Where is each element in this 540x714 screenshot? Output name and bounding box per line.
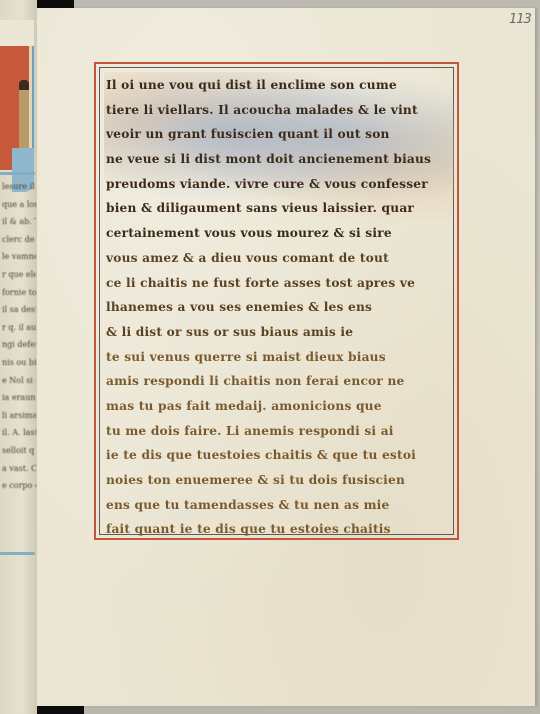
text-line: ce li chaitis ne fust forte asses tost a… [106,271,454,296]
text-line: ens que tu tamendasses & tu nen as mie [106,493,454,518]
text-line: tu me dois faire. Li anemis respondi si … [106,419,454,444]
text-line: ie te dis que tuestoies chaitis & que tu… [106,443,454,468]
text-line: fait quant ie te dis que tu estoies chai… [106,517,454,542]
text-line: noies ton enuemeree & si tu dois fusisci… [106,468,454,493]
text-frame-inner-rule: Il oi une vou qui dist il enclime son cu… [99,67,454,535]
manuscript-text-block: Il oi une vou qui dist il enclime son cu… [106,73,454,542]
facing-text-line: il & ab. Tou [2,213,36,231]
facing-text-line: li arsiman [2,407,36,425]
facing-text-line: que a lorent [2,196,36,214]
facing-text-line: ia eraune [2,389,36,407]
facing-text-line: le vamnes [2,248,36,266]
facing-text-line: e Nol si cri [2,372,36,390]
text-line: & li dist or sus or sus biaus amis ie [106,320,454,345]
facing-text-line: r que ele [2,266,36,284]
text-line: vous amez & a dieu vous comant de tout [106,246,454,271]
facing-text-line: clerc de a que [2,231,36,249]
facing-text-line: lesure il autre [2,178,36,196]
text-line: lhanemes a vou ses enemies & les ens [106,295,454,320]
facing-text-line: nis ou biau [2,354,36,372]
miniature-background [0,20,34,46]
facing-text-line: fornie tout [2,284,36,302]
scan-black-strip-bottom [34,706,84,714]
facing-page-text: lesure il autre que a lorent il & ab. To… [2,178,36,558]
manuscript-folio: 113 Il oi une vou qui dist il enclime so… [37,8,535,706]
facing-text-line: r q. il auoit [2,319,36,337]
facing-text-line: a vast. Ce [2,460,36,478]
facing-text-line: e corpo dei [2,477,36,495]
scan-black-strip-top [36,0,74,8]
facing-text-line: il. A. lasi [2,424,36,442]
text-line: amis respondi li chaitis non ferai encor… [106,369,454,394]
text-line: preudoms viande. vivre cure & vous confe… [106,172,454,197]
text-frame-red-rule: Il oi une vou qui dist il enclime son cu… [94,62,459,540]
text-line: certainement vous vous mourez & si sire [106,221,454,246]
folio-number: 113 [509,12,531,27]
facing-text-line: il sa destu [2,301,36,319]
facing-page-edge: lesure il autre que a lorent il & ab. To… [0,0,37,714]
text-line: Il oi une vou qui dist il enclime son cu… [106,73,454,98]
text-line: ne veue si li dist mont doit ancienement… [106,147,454,172]
facing-text-line: ngi deferent [2,336,36,354]
text-line: bien & diligaument sans vieus laissier. … [106,196,454,221]
miniature-border-rule [0,172,35,175]
miniature-illustration [0,20,34,170]
text-line: te sui venus querre si maist dieux biaus [106,345,454,370]
text-line: veoir un grant fusiscien quant il out so… [106,122,454,147]
text-line: tiere li viellars. Il acoucha malades & … [106,98,454,123]
text-line: mas tu pas fait medaij. amonicions que [106,394,454,419]
facing-text-line: selloit q li [2,442,36,460]
